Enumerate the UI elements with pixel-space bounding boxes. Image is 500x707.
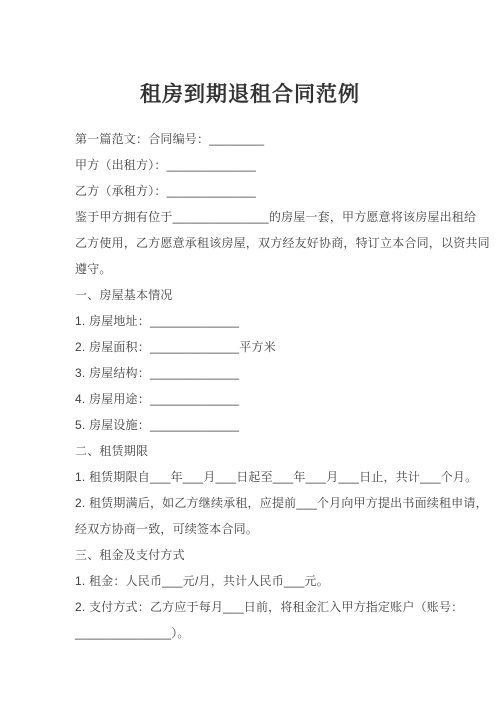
lease-renewal-line-1: 2. 租赁期满后，如乙方继续承租，应提前___个月向甲方提出书面续租申请， [75, 490, 500, 516]
party-a-line: 甲方（出租方）：_____________ [75, 152, 500, 178]
preamble-line-3: 遵守。 [75, 256, 500, 282]
contract-page: 租房到期退租合同范例 第一篇范文：合同编号：________ 甲方（出租方）：_… [0, 0, 500, 707]
house-address-line: 1. 房屋地址：_____________ [75, 308, 500, 334]
contract-number-line: 第一篇范文：合同编号：________ [75, 126, 500, 152]
preamble-line-1: 鉴于甲方拥有位于______________的房屋一套，甲方愿意将该房屋出租给 [75, 204, 500, 230]
payment-method-line-2: ______________）。 [75, 620, 500, 646]
preamble-line-2: 乙方使用，乙方愿意承租该房屋，双方经友好协商，特订立本合同，以资共同 [75, 230, 500, 256]
house-usage-line: 4. 房屋用途：_____________ [75, 386, 500, 412]
section-1-heading: 一、房屋基本情况 [75, 282, 500, 308]
party-b-line: 乙方（承租方）：_____________ [75, 178, 500, 204]
section-3-heading: 三、租金及支付方式 [75, 542, 500, 568]
section-2-heading: 二、租赁期限 [75, 438, 500, 464]
house-facilities-line: 5. 房屋设施：_____________ [75, 412, 500, 438]
lease-renewal-line-2: 经双方协商一致，可续签本合同。 [75, 516, 500, 542]
payment-method-line-1: 2. 支付方式：乙方应于每月___日前，将租金汇入甲方指定账户（账号： [75, 594, 500, 620]
house-area-line: 2. 房屋面积：_____________平方米 [75, 334, 500, 360]
document-title: 租房到期退租合同范例 [0, 80, 500, 110]
lease-term-line: 1. 租赁期限自___年___月___日起至___年___月___日止，共计__… [75, 464, 500, 490]
rent-amount-line: 1. 租金：人民币___元/月，共计人民币___元。 [75, 568, 500, 594]
house-structure-line: 3. 房屋结构：_____________ [75, 360, 500, 386]
